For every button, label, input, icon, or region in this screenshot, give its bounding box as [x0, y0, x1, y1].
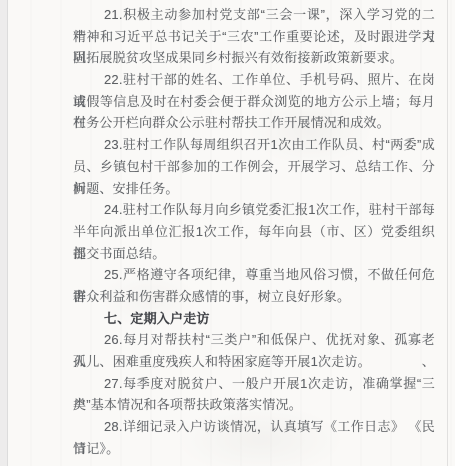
text-line: 精神和习近平总书记关于“三农”工作重要论述，及时跟进学习巩 [73, 26, 435, 48]
text-line: 固拓展脱贫攻坚成果同乡村振兴有效衔接新政策新要求。 [73, 47, 435, 69]
text-line: 22.驻村干部的姓名、工作单位、手机号码、照片、在岗或 [73, 69, 435, 91]
text-line: 问题、安排任务。 [73, 178, 435, 200]
scan-line-artifact [447, 0, 448, 466]
text-line: 户”基本情况和各项帮扶政策落实情况。 [73, 394, 435, 416]
scan-edge-artifact [0, 0, 8, 466]
text-line: 提交书面总结。 [73, 243, 435, 265]
text-line: 27.每季度对脱贫户、一般户开展1次走访，准确掌握“三类 [73, 373, 435, 395]
text-block: 21.积极主动参加村党支部“三会一课”，深入学习党的二十大精神和习近平总书记关于… [73, 4, 435, 459]
section-heading: 七、定期入户走访 [73, 308, 435, 330]
text-line: 群众利益和伤害群众感情的事，树立良好形象。 [73, 286, 435, 308]
text-line: 半年向派出单位汇报1次工作，每年向县（市、区）党委组织部 [73, 221, 435, 243]
document-page: 21.积极主动参加村党支部“三会一课”，深入学习党的二十大精神和习近平总书记关于… [0, 0, 455, 466]
text-line: 25.严格遵守各项纪律，尊重当地风俗习惯，不做任何危害 [73, 264, 435, 286]
text-line: 24.驻村工作队每月向乡镇党委汇报1次工作，驻村干部每 [73, 199, 435, 221]
text-line: 21.积极主动参加村党支部“三会一课”，深入学习党的二十大 [73, 4, 435, 26]
text-line: 28.详细记录入户访谈情况，认真填写《工作日志》 《民情 [73, 416, 435, 438]
text-line: 请假等信息及时在村委会便于群众浏览的地方公示上墙；每月在 [73, 91, 435, 113]
text-line: 日记》。 [73, 438, 435, 460]
text-line: 村务公开栏向群众公示驻村帮扶工作开展情况和成效。 [73, 112, 435, 134]
text-line: 23.驻村工作队每周组织召开1次由工作队员、村“两委”成 [73, 134, 435, 156]
text-line: 员、乡镇包村干部参加的工作例会，开展学习、总结工作、分析 [73, 156, 435, 178]
text-line: 26.每月对帮扶村“三类户”和低保户、优抚对象、孤寡老人、 [73, 329, 435, 351]
